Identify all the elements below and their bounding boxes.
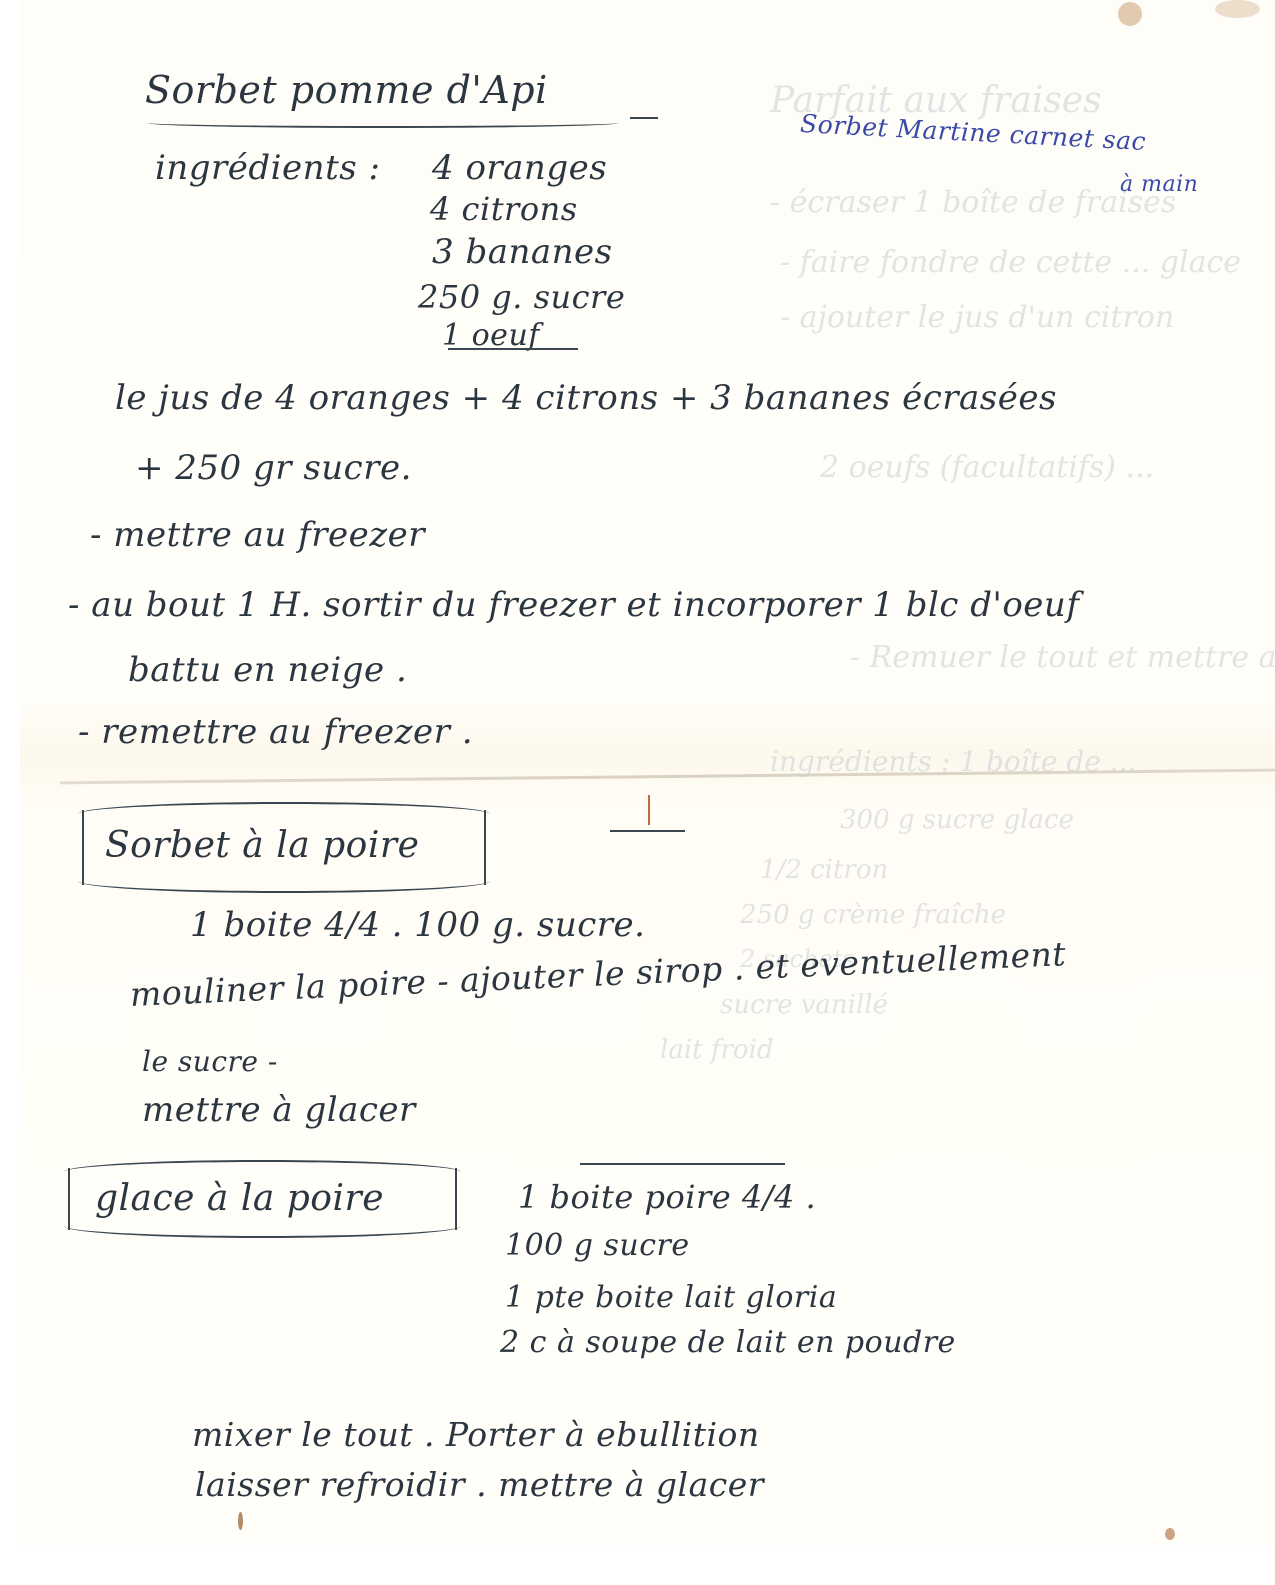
ghost-text: ingrédients : 1 boîte de ... (770, 745, 1136, 778)
recipe-3-title: glace à la poire (95, 1178, 384, 1219)
ghost-text: sucre vanillé (720, 990, 888, 1020)
recipe-1-ingredient: 3 bananes (432, 232, 613, 272)
ghost-text: 250 g crème fraîche (740, 900, 1006, 930)
stain-bottom (238, 1512, 243, 1530)
ghost-text: 300 g sucre glace (840, 805, 1074, 835)
recipe-1-step: + 250 gr sucre. (135, 448, 412, 488)
section-divider (610, 830, 685, 832)
stain-top-corner (1215, 0, 1260, 18)
recipe-1-step: - mettre au freezer (90, 515, 425, 555)
recipe-2-title: Sorbet à la poire (105, 825, 419, 866)
recipe-1-title: Sorbet pomme d'Api (145, 68, 548, 112)
ghost-text: 2 oeufs (facultatifs) ... (820, 450, 1154, 485)
ghost-text: 1/2 citron (760, 855, 888, 885)
recipe-3-ingredient: 1 pte boite lait gloria (505, 1280, 837, 1315)
ghost-text: - ajouter le jus d'un citron (780, 300, 1174, 335)
recipe-1-step: - au bout 1 H. sortir du freezer et inco… (68, 585, 1079, 625)
recipe-1-ingredient: 250 g. sucre (418, 278, 625, 316)
recipe-1-step: le jus de 4 oranges + 4 citrons + 3 bana… (115, 378, 1057, 418)
recipe-1-step: battu en neige . (128, 650, 407, 690)
ghost-text: - Remuer le tout et mettre au ... (850, 640, 1275, 675)
recipe-1-ingredient: 4 citrons (430, 190, 578, 228)
ghost-text: - faire fondre de cette ... glace (780, 245, 1241, 280)
stain-bottom-right (1165, 1528, 1175, 1540)
ingredients-underline (448, 348, 578, 350)
recipe-3-step: mixer le tout . Porter à ebullition (192, 1415, 760, 1454)
recipe-2-step: mettre à glacer (142, 1090, 416, 1130)
recipe-1-title-underline (148, 118, 618, 128)
recipe-1-ingredients-label: ingrédients : (155, 148, 380, 188)
recipe-2-ingredients: 1 boite 4/4 . 100 g. sucre. (190, 905, 645, 945)
section-divider (580, 1163, 785, 1165)
ghost-text: - écraser 1 boîte de fraises (770, 185, 1176, 220)
rust-mark (648, 795, 650, 825)
recipe-1-step: - remettre au freezer . (78, 712, 473, 752)
title-dash (630, 117, 658, 119)
ghost-text: lait froid (660, 1035, 774, 1065)
margin-note-line2: à main (1120, 172, 1198, 197)
recipe-2-step: le sucre - (142, 1045, 278, 1078)
stain-top-right (1118, 2, 1142, 26)
recipe-3-ingredient: 100 g sucre (505, 1228, 690, 1263)
recipe-3-ingredient: 1 boite poire 4/4 . (518, 1178, 816, 1216)
recipe-1-ingredient: 4 oranges (432, 148, 607, 188)
recipe-3-step: laisser refroidir . mettre à glacer (195, 1465, 764, 1504)
recipe-3-ingredient: 2 c à soupe de lait en poudre (500, 1325, 956, 1360)
